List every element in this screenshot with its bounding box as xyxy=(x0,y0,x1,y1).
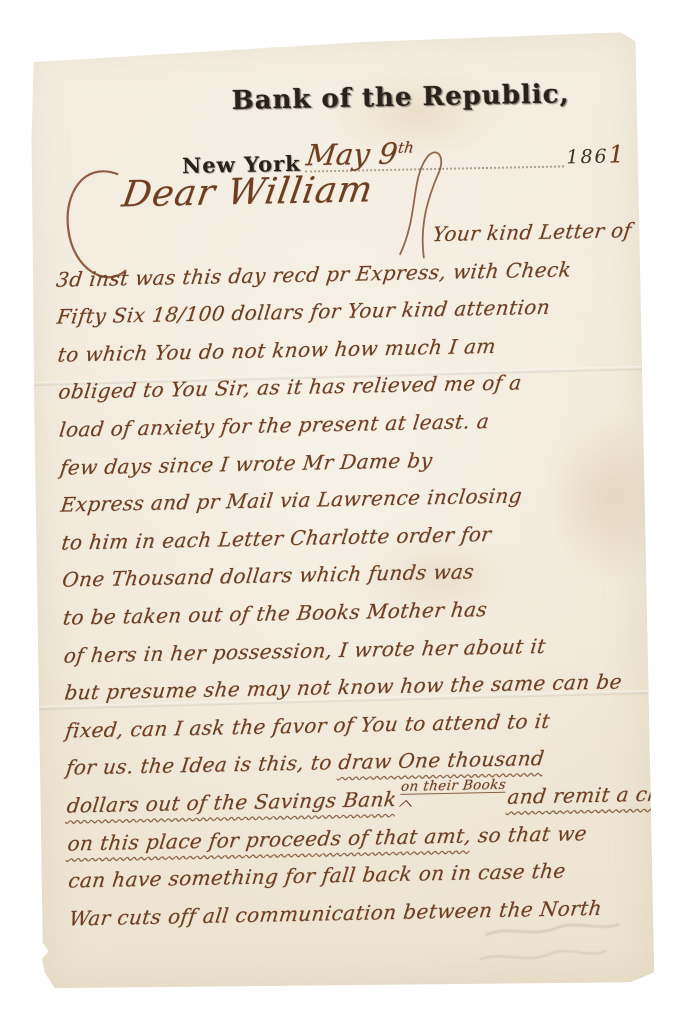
salutation-text: Dear William xyxy=(119,169,376,215)
letter-line-segment: few days since I wrote Mr Dame by xyxy=(59,448,434,480)
bleed-through-marks xyxy=(477,916,628,973)
letter-line-segment: to be taken out of the Books Mother has xyxy=(62,597,489,630)
year-handwritten: 1 xyxy=(608,140,624,168)
letter-line-segment: of hers in her possession, I wrote her a… xyxy=(62,633,547,667)
letter-line-segment: fixed, can I ask the favor of You to att… xyxy=(64,708,552,742)
year-printed: 186 xyxy=(566,145,609,168)
letter-line-segment: but presume she may not know how the sam… xyxy=(63,669,623,704)
letter-line-segment: draw One thousand xyxy=(337,746,546,774)
letter-line-segment: on this place for proceeds of that amt, xyxy=(66,823,473,855)
letter-line-segment: to him in each Letter Charlotte order fo… xyxy=(60,522,493,555)
photo-background: Bank of the Republic, New York May 9th 1… xyxy=(0,0,673,1024)
letter-line-segment: Fifty Six 18/100 dollars for Your kind a… xyxy=(56,295,552,329)
letter-line-segment: obliged to You Sir, as it has relieved m… xyxy=(57,371,523,404)
letter-line-segment: for us. the Idea is this, to xyxy=(65,750,340,780)
letter-line-segment: Your kind Letter of xyxy=(431,218,633,246)
body-lines: Your kind Letter of3d inst was this day … xyxy=(55,212,651,938)
letter-line-segment: load of anxiety for the present at least… xyxy=(58,409,491,442)
letter-line-segment: to which You do not know how much I am xyxy=(56,334,497,367)
letter-line-segment: One Thousand dollars which funds was xyxy=(61,560,476,592)
letter-line-segment: and remit a check xyxy=(506,781,654,809)
letter-line-segment: dollars out of the Savings Bank xyxy=(65,787,397,818)
letter-line-segment: Express and pr Mail via Lawrence inclosi… xyxy=(59,483,523,516)
letter-line-segment: 3d inst was this day recd pr Express, wi… xyxy=(55,257,573,291)
letter-sheet: Bank of the Republic, New York May 9th 1… xyxy=(24,32,655,994)
year: 1861 xyxy=(566,140,624,173)
interline-insertion: on their Books xyxy=(400,778,507,795)
letter-line-segment: so that we xyxy=(470,821,588,847)
letterhead-bank-name: Bank of the Republic, xyxy=(174,78,627,117)
letter-line-segment: can have something for fall back on in c… xyxy=(67,859,567,893)
